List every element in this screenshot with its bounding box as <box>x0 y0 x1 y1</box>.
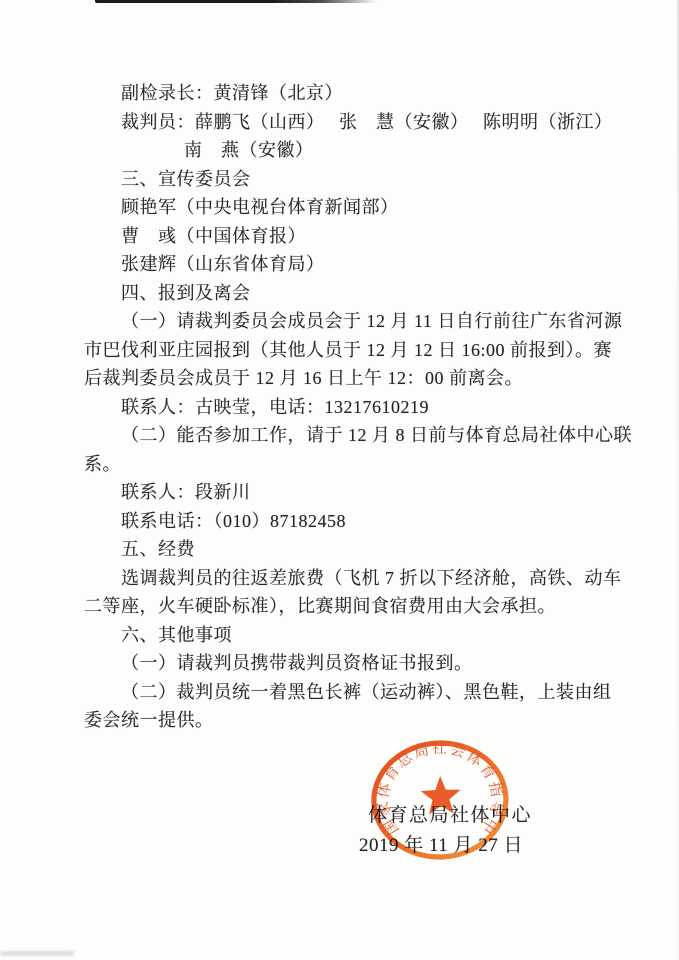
doc-line-referees: 裁判员：薛鹏飞（山西） 张 慧（安徽） 陈明明（浙江） <box>84 108 614 137</box>
doc-line-expenses-1: 选调裁判员的往返差旅费（飞机 7 折以下经济舱，高铁、动车 <box>84 564 614 593</box>
doc-line-checkin-2: 市巴伐利亚庄园报到（其他人员于 12 月 12 日 16:00 前报到）。赛 <box>84 336 614 365</box>
scan-bottom-smudge-artifact <box>0 951 74 956</box>
doc-line-checkin-3: 后裁判委员会成员于 12 月 16 日上午 12：00 前离会。 <box>84 364 614 393</box>
scanned-document-page: 副检录长：黄清锋（北京） 裁判员：薛鹏飞（山西） 张 慧（安徽） 陈明明（浙江）… <box>0 0 679 960</box>
doc-line-referees-cont: 南 燕（安徽） <box>84 136 614 165</box>
doc-line-heading-3: 三、宣传委员会 <box>84 165 614 194</box>
doc-line-heading-6: 六、其他事项 <box>84 621 614 650</box>
doc-line-other-2: （二）裁判员统一着黑色长裤（运动裤）、黑色鞋，上装由组 <box>84 678 614 707</box>
doc-line-contact-phone: 联系电话：（010）87182458 <box>84 507 614 536</box>
doc-line-publicity-3: 张建辉（山东省体育局） <box>84 250 614 279</box>
doc-line-contact-1: 联系人：古映莹，电话：13217610219 <box>84 393 614 422</box>
scan-top-edge-artifact <box>95 0 377 3</box>
doc-line-confirm-1: （二）能否参加工作，请于 12 月 8 日前与体育总局社体中心联 <box>84 421 614 450</box>
doc-line-heading-4: 四、报到及离会 <box>84 279 614 308</box>
doc-line-other-2-cont: 委会统一提供。 <box>84 706 614 735</box>
doc-line-checkin-1: （一）请裁判委员会成员会于 12 月 11 日自行前往广东省河源 <box>84 307 614 336</box>
doc-line-deputy-recorder: 副检录长：黄清锋（北京） <box>84 79 614 108</box>
doc-line-expenses-2: 二等座，火车硬卧标准），比赛期间食宿费用由大会承担。 <box>84 592 614 621</box>
doc-line-publicity-1: 顾艳军（中央电视台体育新闻部） <box>84 193 614 222</box>
document-body: 副检录长：黄清锋（北京） 裁判员：薛鹏飞（山西） 张 慧（安徽） 陈明明（浙江）… <box>84 79 614 735</box>
doc-line-contact-2: 联系人：段新川 <box>84 478 614 507</box>
doc-line-confirm-2: 系。 <box>84 450 614 479</box>
seal-arc-text: 国家体育总局社会体育指导中心 <box>362 729 507 842</box>
official-seal-stamp: 国家体育总局社会体育指导中心 <box>362 729 519 874</box>
doc-line-other-1: （一）请裁判员携带裁判员资格证书报到。 <box>84 649 614 678</box>
doc-line-publicity-2: 曹 彧（中国体育报） <box>84 222 614 251</box>
doc-line-heading-5: 五、经费 <box>84 535 614 564</box>
seal-arc-text-holder: 国家体育总局社会体育指导中心 <box>362 729 507 842</box>
star-icon <box>420 775 461 814</box>
